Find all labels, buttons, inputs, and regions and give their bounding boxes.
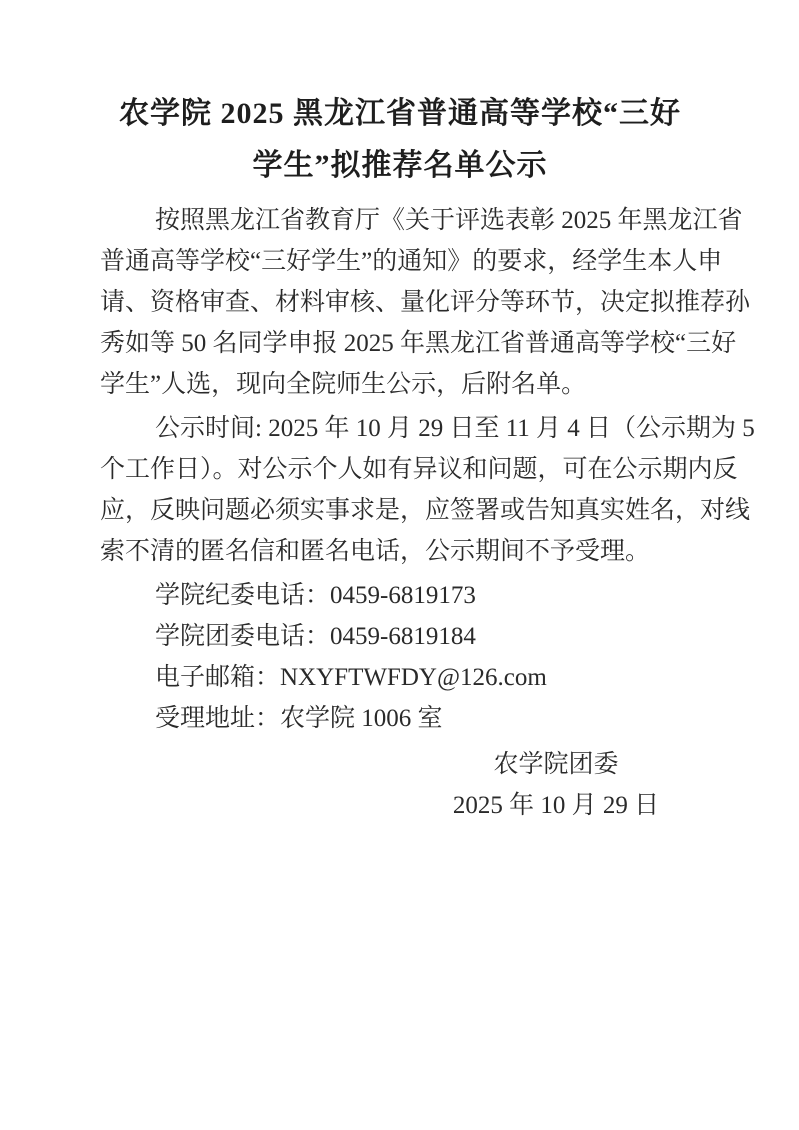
body-line: 索不清的匿名信和匿名电话，公示期间不予受理。 xyxy=(100,531,700,572)
body-line: 个工作日）。对公示个人如有异议和问题，可在公示期内反 xyxy=(100,449,700,490)
document-title: 农学院 2025 黑龙江省普通高等学校“三好 学生”拟推荐名单公示 xyxy=(100,88,700,192)
body-line: 公示时间: 2025 年 10 月 29 日至 11 月 4 日（公示期为 5 xyxy=(100,408,700,449)
document-page: 农学院 2025 黑龙江省普通高等学校“三好 学生”拟推荐名单公示 按照黑龙江省… xyxy=(0,0,799,1130)
title-line-2: 学生”拟推荐名单公示 xyxy=(100,140,700,192)
body-line: 请、资格审查、材料审核、量化评分等环节，决定拟推荐孙 xyxy=(100,282,700,323)
paragraph-publicity-period: 公示时间: 2025 年 10 月 29 日至 11 月 4 日（公示期为 5 … xyxy=(100,408,700,572)
paragraph-announcement: 按照黑龙江省教育厅《关于评选表彰 2025 年黑龙江省 普通高等学校“三好学生”… xyxy=(100,200,700,405)
contact-line-address: 受理地址：农学院 1006 室 xyxy=(100,698,700,739)
body-line: 秀如等 50 名同学申报 2025 年黑龙江省普通高等学校“三好 xyxy=(100,323,700,364)
signature-block: 农学院团委 2025 年 10 月 29 日 xyxy=(436,744,676,826)
contact-line-discipline-phone: 学院纪委电话：0459-6819173 xyxy=(100,575,700,616)
body-line: 应，反映问题必须实事求是，应签署或告知真实姓名，对线 xyxy=(100,490,700,531)
body-line: 学生”人选，现向全院师生公示，后附名单。 xyxy=(100,364,700,405)
body-line: 按照黑龙江省教育厅《关于评选表彰 2025 年黑龙江省 xyxy=(100,200,700,241)
contact-line-youth-league-phone: 学院团委电话：0459-6819184 xyxy=(100,616,700,657)
signature-date: 2025 年 10 月 29 日 xyxy=(436,785,676,826)
title-line-1: 农学院 2025 黑龙江省普通高等学校“三好 xyxy=(100,88,700,140)
contact-info: 学院纪委电话：0459-6819173 学院团委电话：0459-6819184 … xyxy=(100,575,700,739)
contact-line-email: 电子邮箱：NXYFTWFDY@126.com xyxy=(100,657,700,698)
body-line: 普通高等学校“三好学生”的通知》的要求，经学生本人申 xyxy=(100,241,700,282)
signature-name: 农学院团委 xyxy=(436,744,676,785)
